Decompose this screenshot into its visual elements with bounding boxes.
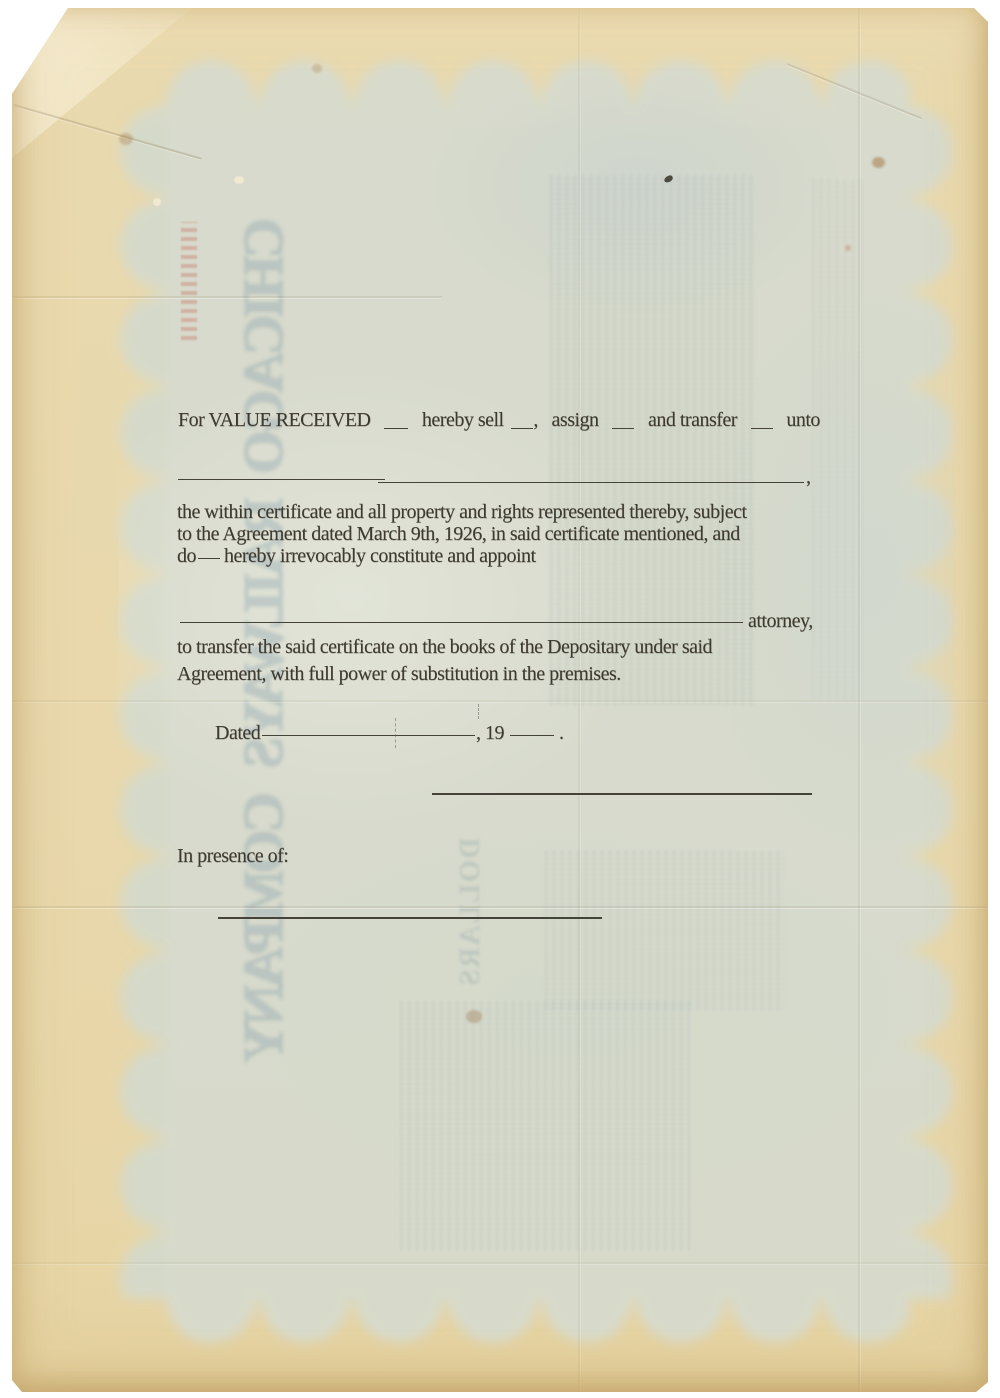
value-received-text: For VALUE RECEIVED (178, 409, 370, 432)
do-text: do (177, 545, 196, 567)
attorney-name-blank-line (180, 622, 743, 623)
body-text-line: dohereby irrevocably constitute and appo… (177, 545, 536, 568)
sell-dash-group: , (511, 409, 538, 432)
body-text-line: the within certificate and all property … (177, 501, 747, 524)
witness-heading: In presence of: (177, 845, 288, 868)
fill-blank-dash (198, 556, 220, 559)
assignee-name-blank-line (378, 482, 804, 483)
scanned-certificate-back: CHICAGO RAILWAYS COMPANY DOLLARS For VAL… (0, 0, 1000, 1398)
fill-blank-dash (751, 426, 773, 429)
body-text-line: to transfer the said certificate on the … (177, 636, 712, 659)
attorney-text: attorney, (748, 610, 813, 633)
stock-assignment-form: For VALUE RECEIVEDhereby sell,assignand … (12, 8, 988, 1392)
hereby-sell-text: hereby sell (422, 409, 504, 432)
dated-year-prefix: , 19 (476, 722, 504, 745)
comma: , (533, 409, 538, 432)
witness-signature-line (218, 917, 602, 919)
dated-period: . (559, 722, 564, 745)
unto-text: unto (786, 409, 820, 432)
dated-label: Dated (215, 722, 260, 745)
trailing-comma: , (806, 466, 811, 489)
dated-day-blank-line (262, 735, 475, 736)
transfer-text: and transfer (648, 409, 737, 432)
body-text-line: to the Agreement dated March 9th, 1926, … (177, 523, 740, 546)
fold-tick-mark (395, 718, 396, 748)
appoint-text: hereby irrevocably constitute and appoin… (224, 545, 536, 567)
assignment-opening-line: For VALUE RECEIVEDhereby sell,assignand … (178, 409, 820, 432)
signature-line (432, 793, 812, 795)
dated-year-blank-line (510, 735, 554, 736)
fold-tick-mark (478, 704, 479, 719)
assign-text: assign (552, 409, 599, 432)
fill-blank-dash (612, 426, 634, 429)
body-text-line: Agreement, with full power of substituti… (177, 663, 621, 686)
certificate-back-paper: CHICAGO RAILWAYS COMPANY DOLLARS For VAL… (12, 8, 988, 1392)
fill-blank-dash (384, 426, 408, 429)
assignee-name-blank-line (178, 479, 385, 480)
fill-blank-dash (511, 426, 533, 429)
